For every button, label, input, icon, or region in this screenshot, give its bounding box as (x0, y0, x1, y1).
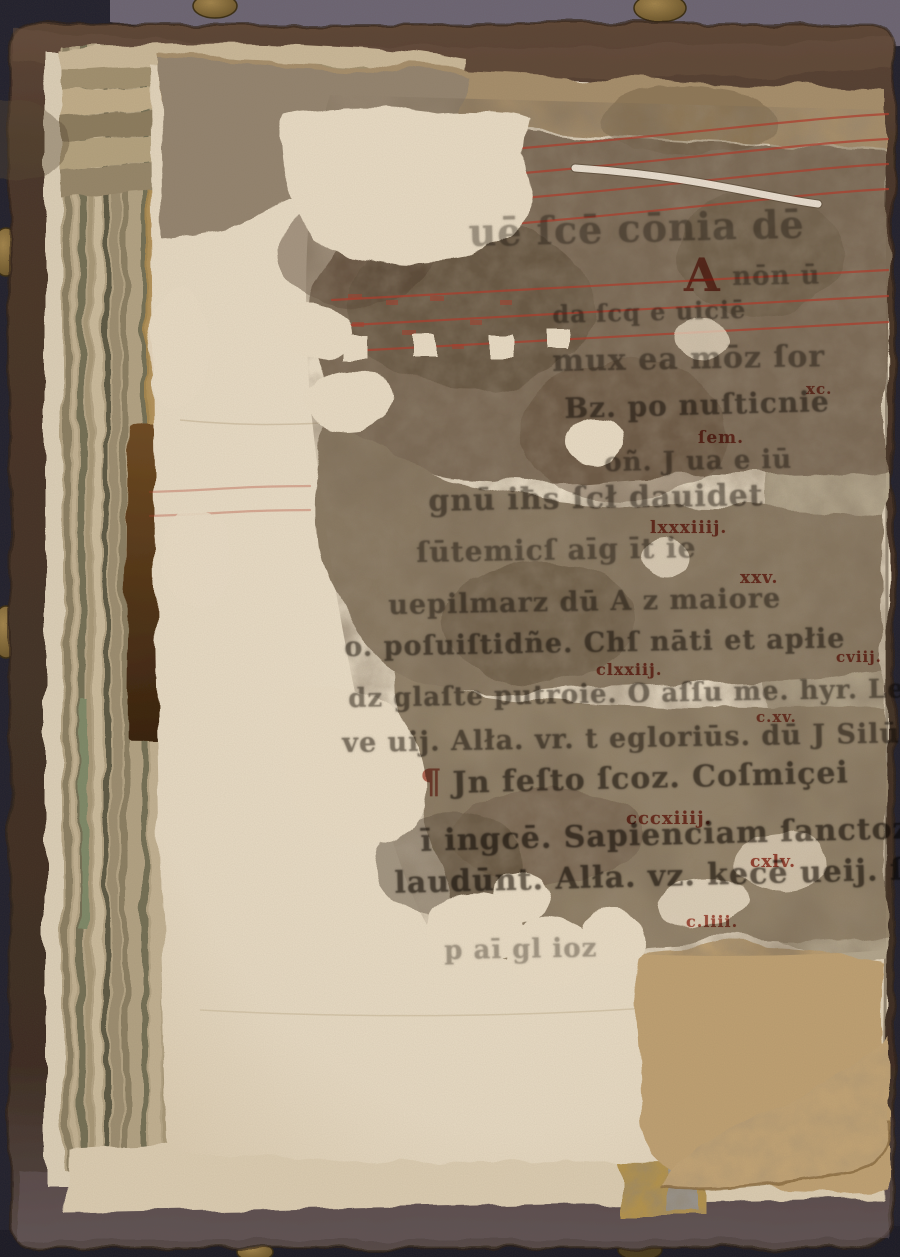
manuscript-photo: uē ſcē cōnia dēAnōn ūda ſcq e uiciēmux e… (0, 0, 900, 1257)
book-scene (0, 0, 900, 1257)
photo-grain (0, 0, 900, 1257)
